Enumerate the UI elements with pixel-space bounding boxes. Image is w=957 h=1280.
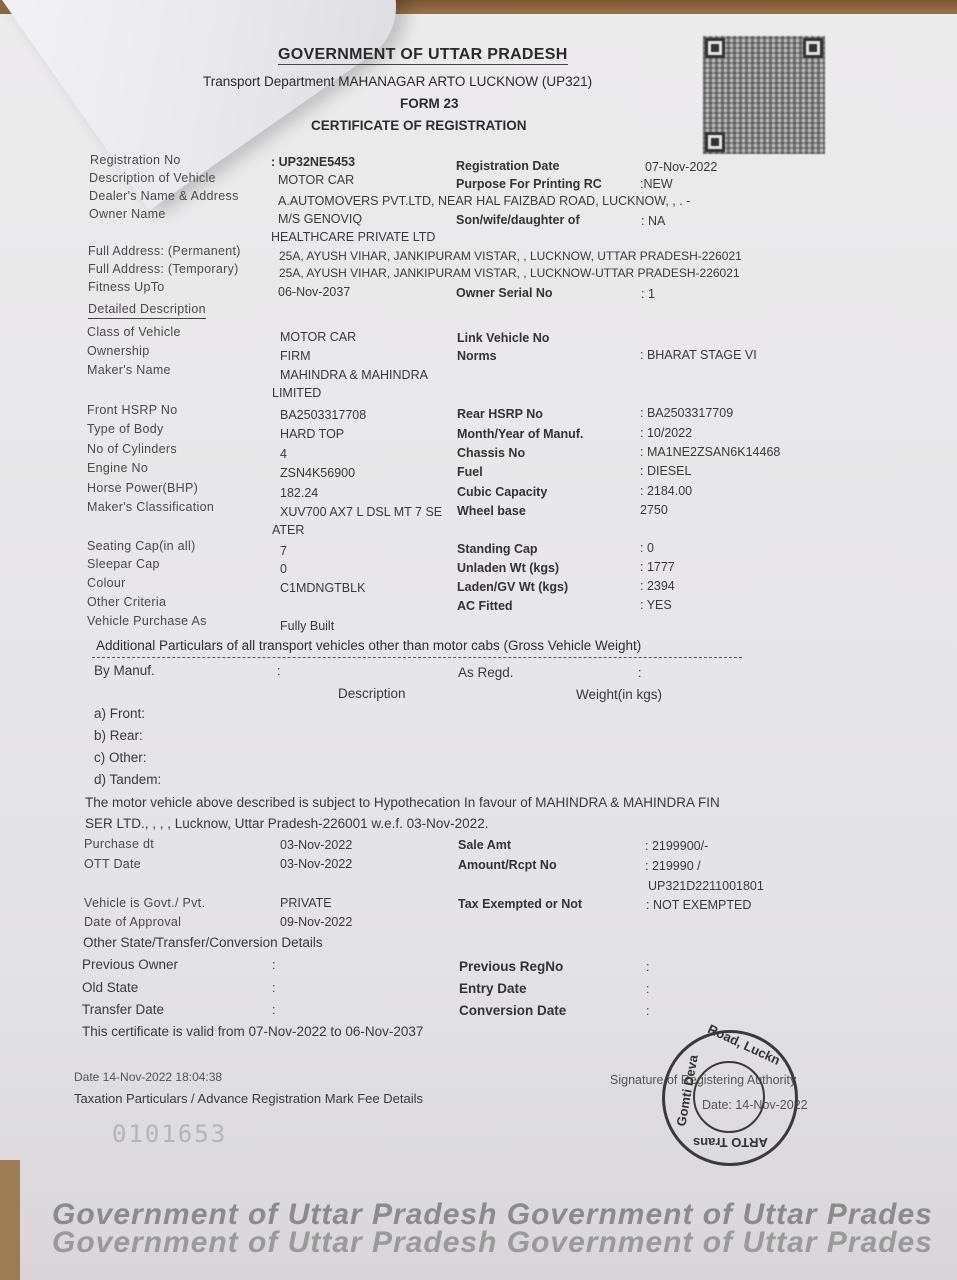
previous-owner-colon: : (272, 958, 275, 972)
detail-value: 4 (280, 447, 287, 461)
detail-value-cont: ATER (272, 523, 304, 537)
qr-code-icon (703, 36, 825, 154)
hypothecation-line2: SER LTD., , , , Lucknow, Uttar Pradesh-2… (85, 816, 488, 831)
axle-item: a) Front: (94, 706, 145, 721)
govt-pvt-value: PRIVATE (280, 896, 332, 910)
detail-label: Unladen Wt (kgs) (457, 561, 559, 575)
detail-value: : 2184.00 (640, 484, 692, 498)
detail-value: MOTOR CAR (280, 330, 356, 344)
detail-value: : BA2503317709 (640, 406, 733, 420)
fitness-label: Fitness UpTo (88, 280, 165, 294)
transfer-date-label: Transfer Date (82, 1002, 164, 1017)
amount-rcpt-value: : 219990 / (645, 859, 701, 873)
axle-item: c) Other: (94, 750, 147, 765)
detail-value: 7 (280, 544, 287, 558)
old-state-colon: : (272, 981, 275, 995)
detail-value: 182.24 (280, 486, 318, 500)
previous-regno-label: Previous RegNo (459, 959, 563, 974)
axle-item: b) Rear: (94, 728, 143, 743)
govt-pvt-label: Vehicle is Govt./ Pvt. (84, 896, 205, 910)
previous-regno-colon: : (646, 960, 649, 974)
hypothecation-line1: The motor vehicle above described is sub… (85, 795, 720, 810)
by-manuf-label: By Manuf. (94, 663, 155, 678)
watermark-line2: Government of Uttar Pradesh Government o… (52, 1226, 933, 1260)
print-date: Date 14-Nov-2022 18:04:38 (74, 1070, 222, 1084)
detail-label: Seating Cap(in all) (87, 539, 196, 553)
detail-value: 2750 (640, 503, 668, 517)
detail-label: Fuel (457, 465, 483, 479)
detail-label: Maker's Name (87, 363, 171, 377)
detail-label: Month/Year of Manuf. (457, 427, 583, 441)
ott-date-label: OTT Date (84, 857, 141, 871)
detail-value: HARD TOP (280, 427, 344, 441)
detailed-heading: Detailed Description (88, 302, 206, 319)
ott-date-value: 03-Nov-2022 (280, 857, 352, 871)
approval-value: 09-Nov-2022 (280, 915, 352, 929)
detail-label: Chassis No (457, 446, 525, 460)
tax-exempted-label: Tax Exempted or Not (458, 897, 582, 911)
detail-label: Cubic Capacity (457, 485, 547, 499)
approval-label: Date of Approval (84, 915, 181, 929)
previous-owner-label: Previous Owner (82, 957, 178, 972)
detail-label: Type of Body (87, 422, 164, 436)
purpose-value: :NEW (640, 177, 673, 191)
sale-amt-value: : 2199900/- (645, 839, 708, 853)
detail-value-cont: LIMITED (272, 386, 321, 400)
detail-label: Colour (87, 576, 126, 590)
department-line: Transport Department MAHANAGAR ARTO LUCK… (203, 74, 592, 89)
detail-value: : DIESEL (640, 464, 691, 478)
detail-value: Fully Built (280, 619, 334, 633)
tax-exempted-value: : NOT EXEMPTED (646, 898, 751, 912)
address-temporary-value: 25A, AYUSH VIHAR, JANKIPURAM VISTAR, , L… (279, 266, 740, 280)
detail-value: : YES (640, 598, 672, 612)
detail-label: AC Fitted (457, 599, 513, 613)
reg-no-value: : UP32NE5453 (271, 155, 355, 169)
relation-label: Son/wife/daughter of (456, 213, 580, 227)
transfer-heading: Other State/Transfer/Conversion Details (83, 935, 323, 950)
dealer-label: Dealer's Name & Address (89, 189, 239, 203)
owner-name-value: M/S GENOVIQ (278, 212, 362, 226)
purpose-label: Purpose For Printing RC (456, 177, 602, 191)
detail-label: Laden/GV Wt (kgs) (457, 580, 568, 594)
detail-value: FIRM (280, 349, 311, 363)
detail-value: BA2503317708 (280, 408, 366, 422)
receipt-no-value: UP321D2211001801 (648, 879, 764, 893)
official-stamp: Road, Luckn Gomti Deva ARTO Trans (662, 1030, 798, 1166)
detail-value: C1MDNGTBLK (280, 581, 365, 595)
reg-no-label: Registration No (90, 153, 181, 167)
detail-label: Standing Cap (457, 542, 538, 556)
govt-title: GOVERNMENT OF UTTAR PRADESH (278, 46, 568, 65)
detail-label: Norms (457, 349, 497, 363)
sale-amt-label: Sale Amt (458, 838, 511, 852)
taxation-particulars: Taxation Particulars / Advance Registrat… (74, 1091, 423, 1106)
detail-label: Engine No (87, 461, 148, 475)
address-temporary-label: Full Address: (Temporary) (88, 262, 239, 276)
col-weight: Weight(in kgs) (576, 687, 662, 702)
axle-item: d) Tandem: (94, 772, 161, 787)
detail-label: Wheel base (457, 504, 526, 518)
conversion-date-colon: : (646, 1004, 649, 1018)
relation-value: : NA (641, 214, 665, 228)
as-regd-colon: : (638, 666, 641, 680)
detail-label: Other Criteria (87, 595, 166, 609)
detail-value: ZSN4K56900 (280, 466, 355, 480)
reg-date-value: 07-Nov-2022 (645, 160, 717, 174)
purchase-dt-value: 03-Nov-2022 (280, 838, 352, 852)
owner-name-value-cont: HEALTHCARE PRIVATE LTD (271, 230, 435, 244)
detail-label: Rear HSRP No (457, 407, 543, 421)
by-manuf-colon: : (277, 664, 280, 678)
detail-value: 0 (280, 562, 287, 576)
dealer-value: A.AUTOMOVERS PVT.LTD, NEAR HAL FAIZBAD R… (278, 194, 690, 208)
detail-label: Vehicle Purchase As (87, 614, 207, 628)
old-state-label: Old State (82, 980, 138, 995)
purchase-dt-label: Purchase dt (84, 837, 154, 851)
detail-value: : MA1NE2ZSAN6K14468 (640, 445, 780, 459)
detail-label: Sleepar Cap (87, 557, 160, 571)
as-regd-label: As Regd. (458, 665, 514, 680)
amount-rcpt-label: Amount/Rcpt No (458, 858, 557, 872)
detail-value: : BHARAT STAGE VI (640, 348, 757, 362)
detail-value: XUV700 AX7 L DSL MT 7 SE (280, 505, 442, 519)
form-number: FORM 23 (400, 96, 459, 111)
detail-value: : 10/2022 (640, 426, 692, 440)
detail-label: Front HSRP No (87, 403, 178, 417)
fitness-value: 06-Nov-2037 (278, 285, 350, 299)
entry-date-label: Entry Date (459, 981, 527, 996)
reg-date-label: Registration Date (456, 159, 560, 173)
detail-value: : 0 (640, 541, 654, 555)
detail-value: MAHINDRA & MAHINDRA (280, 368, 428, 382)
divider (92, 657, 742, 658)
detail-value: : 1777 (640, 560, 675, 574)
serial-number: 0101653 (112, 1120, 227, 1148)
description-label: Description of Vehicle (89, 171, 216, 185)
detail-value: : 2394 (640, 579, 675, 593)
entry-date-colon: : (646, 982, 649, 996)
detail-label: Class of Vehicle (87, 325, 181, 339)
detail-label: Ownership (87, 344, 149, 358)
validity-text: This certificate is valid from 07-Nov-20… (82, 1024, 423, 1039)
conversion-date-label: Conversion Date (459, 1003, 566, 1018)
transfer-date-colon: : (272, 1003, 275, 1017)
description-value: MOTOR CAR (278, 173, 354, 187)
detail-label: Horse Power(BHP) (87, 481, 198, 495)
address-permanent-label: Full Address: (Permanent) (88, 244, 241, 258)
detail-label: No of Cylinders (87, 442, 177, 456)
owner-serial-value: : 1 (641, 287, 655, 301)
address-permanent-value: 25A, AYUSH VIHAR, JANKIPURAM VISTAR, , L… (279, 249, 742, 263)
owner-name-label: Owner Name (89, 207, 166, 221)
detail-label: Link Vehicle No (457, 331, 549, 345)
table-surface-left (0, 1160, 20, 1280)
additional-heading: Additional Particulars of all transport … (96, 638, 641, 653)
detail-label: Maker's Classification (87, 500, 214, 514)
certificate-title: CERTIFICATE OF REGISTRATION (311, 118, 527, 133)
owner-serial-label: Owner Serial No (456, 286, 553, 300)
col-description: Description (338, 686, 406, 701)
